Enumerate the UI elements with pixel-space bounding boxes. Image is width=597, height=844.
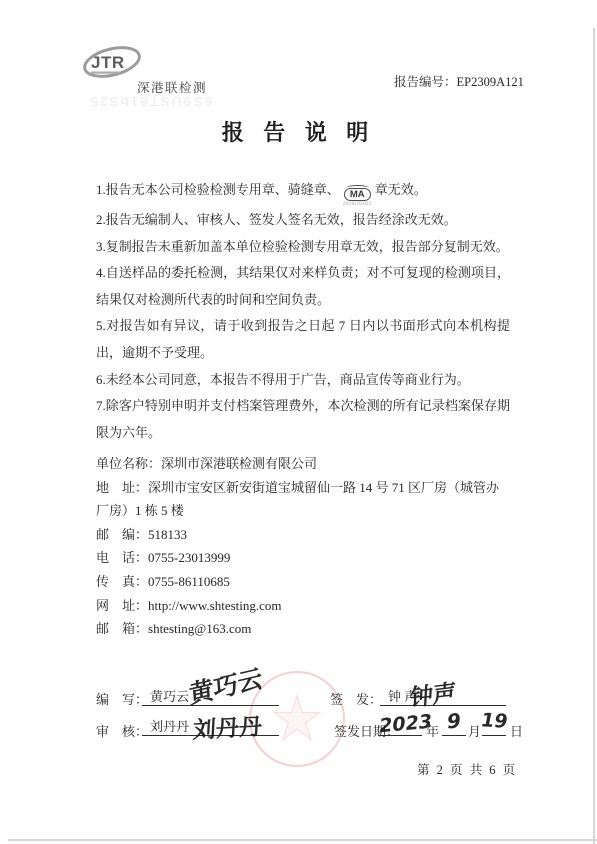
notes-section: 1.报告无本公司检验检测专用章、骑缝章、MA2018192025章无效。 2.报…: [96, 177, 510, 446]
company-zip-label: 邮 编：: [96, 527, 148, 542]
date-day-handwritten: 19: [479, 709, 510, 732]
reviewer-handwritten-signature: 刘丹丹: [192, 708, 263, 745]
company-zip-value: 518133: [148, 527, 187, 542]
company-zip-row: 邮 编：518133: [96, 523, 510, 547]
writer-printed-name: 黄巧云: [150, 686, 189, 705]
bleed-through-artifact: 6S9UST81bS25: [88, 94, 212, 109]
report-number-value: EP2309A121: [457, 75, 524, 89]
company-email-label: 邮 箱：: [96, 621, 148, 636]
issuer-handwritten-signature: 钟声: [409, 674, 456, 713]
company-web-row: 网 址：http://www.shtesting.com: [96, 594, 510, 618]
issuer-label: 签 发：: [330, 689, 382, 708]
company-address-value: 深圳市宝安区新安街道宝城留仙一路 14 号 71 区厂房（城管办厂房）1 栋 5…: [96, 480, 499, 519]
note-1-text: 1.报告无本公司检验检测专用章、骑缝章、: [96, 182, 340, 197]
signature-section: 编 写： 黄巧云 黄巧云 签 发： 钟 声 钟声 审 核： 刘丹丹 刘丹丹 签发…: [0, 683, 597, 775]
company-tel-value: 0755-23013999: [148, 550, 230, 565]
date-year-handwritten: 2023: [378, 711, 433, 738]
note-2: 2.报告无编制人、审核人、签发人签名无效，报告经涂改无效。: [96, 207, 510, 234]
page-title: 报 告 说 明: [0, 116, 597, 147]
cma-mark-text: MA: [344, 188, 371, 201]
company-address-label: 地 址：: [96, 480, 148, 495]
logo-tagline-bar: [91, 72, 120, 74]
company-info-section: 单位名称：深圳市深港联检测有限公司 地 址：深圳市宝安区新安街道宝城留仙一路 1…: [96, 452, 510, 641]
note-7: 7.除客户特别申明并支付档案管理费外，本次检测的所有记录档案保存期限为六年。: [96, 393, 510, 446]
note-1: 1.报告无本公司检验检测专用章、骑缝章、MA2018192025章无效。: [96, 177, 510, 207]
company-web-value: http://www.shtesting.com: [148, 598, 282, 613]
company-fax-label: 传 真：: [96, 574, 148, 589]
reviewer-printed-name: 刘丹丹: [150, 716, 189, 735]
company-email-row: 邮 箱：shtesting@163.com: [96, 617, 510, 641]
writer-label: 编 写：: [96, 689, 148, 708]
cma-mark-icon: MA2018192025: [343, 188, 372, 207]
note-5: 5.对报告如有异议，请于收到报告之日起 7 日内以书面形式向本机构提出，逾期不予…: [96, 313, 510, 366]
note-3: 3.复制报告未重新加盖本单位检验检测专用章无效，报告部分复制无效。: [96, 234, 510, 261]
company-tel-row: 电 话：0755-23013999: [96, 546, 510, 570]
day-unit: 日: [510, 721, 523, 740]
note-1-suffix: 章无效。: [375, 182, 427, 197]
report-number-label: 报告编号：: [394, 75, 457, 89]
company-name-value: 深圳市深港联检测有限公司: [161, 456, 317, 471]
year-unit: 年: [426, 721, 439, 740]
company-fax-value: 0755-86110685: [148, 574, 230, 589]
note-4: 4.自送样品的委托检测，其结果仅对来样负责；对不可复现的检测项目，结果仅对检测所…: [96, 260, 510, 313]
note-6: 6.未经本公司同意，本报告不得用于广告，商品宣传等商业行为。: [96, 367, 510, 394]
company-name-label: 单位名称：: [96, 456, 161, 471]
report-number: 报告编号：EP2309A121: [394, 72, 524, 90]
company-name-row: 单位名称：深圳市深港联检测有限公司: [96, 452, 510, 476]
company-web-label: 网 址：: [96, 598, 148, 613]
scan-edge-shadow-bottom: [8, 839, 597, 841]
reviewer-label: 审 核：: [96, 721, 148, 740]
logo-text: JTR: [91, 53, 125, 72]
company-tel-label: 电 话：: [96, 550, 148, 565]
company-email-value: shtesting@163.com: [148, 621, 251, 636]
date-month-handwritten: 9: [446, 708, 462, 733]
company-address-row: 地 址：深圳市宝安区新安街道宝城留仙一路 14 号 71 区厂房（城管办厂房）1…: [96, 476, 510, 523]
company-fax-row: 传 真：0755-86110685: [96, 570, 510, 594]
scanned-report-page: JTR 深港联检测 报告编号：EP2309A121 6S9UST81bS25 报…: [0, 0, 597, 844]
